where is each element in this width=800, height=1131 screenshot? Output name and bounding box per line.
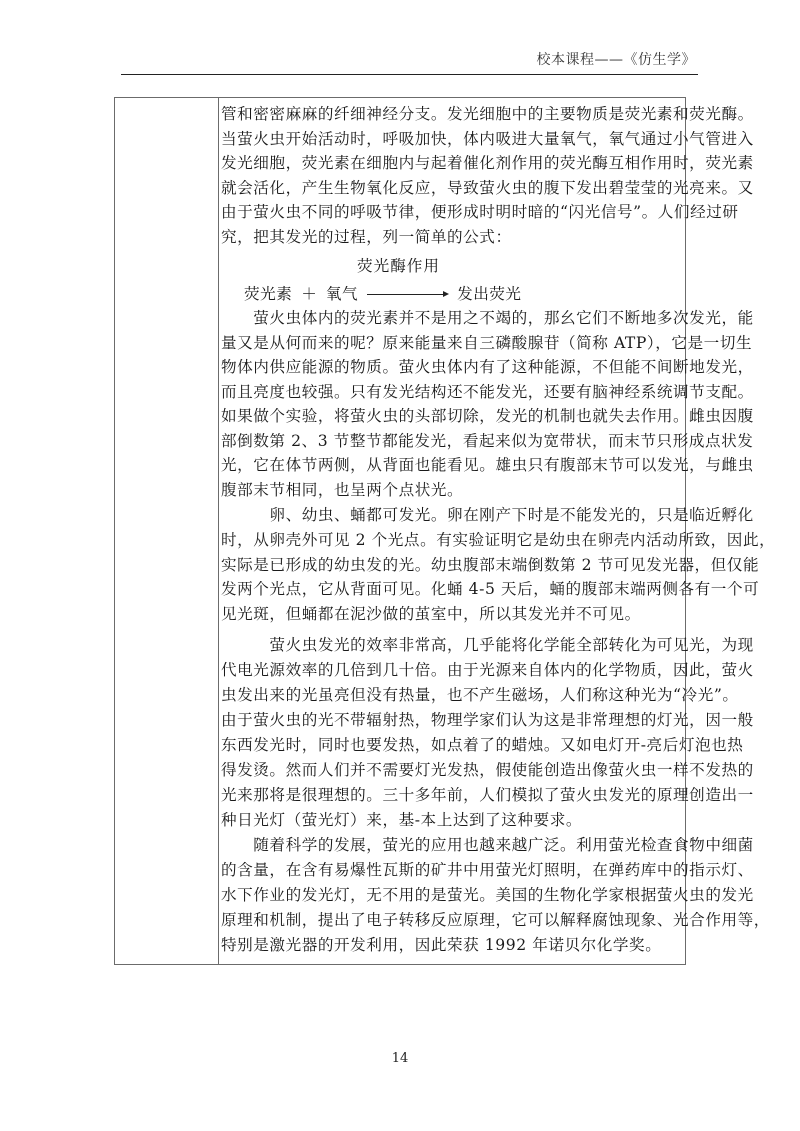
page-number: 14 [0, 1051, 800, 1066]
formula-reactant-1: 荧光素 [244, 282, 292, 306]
formula-plus: ＋ [301, 282, 317, 306]
text-line: 虫发出来的光虽亮但没有热量，也不产生磁场，人们称这种光为“冷光”。 [221, 683, 739, 707]
text-line: 腹部末节相同，也呈两个点状光。 [221, 478, 463, 502]
formula-equation: 荧光素 ＋ 氧气 发出荧光 [244, 282, 522, 306]
text-line: 部倒数第 2、3 节整节都能发光，看起来似为宽带状，而末节只形成点状发 [221, 429, 753, 453]
header-title: 校本课程——《仿生学》 [537, 49, 697, 69]
text-line: 当萤火虫开始活动时，呼吸加快，体内吸进大量氧气，氧气通过小气管进入 [221, 127, 754, 151]
text-line: 由于萤火虫不同的呼吸节律，便形成时明时暗的“闪光信号”。人们经过研 [221, 200, 739, 224]
formula-reactant-2: 氧气 [326, 282, 358, 306]
text-line: 发光细胞，荧光素在细胞内与起着催化剂作用的荧光酶互相作用时，荧光素 [221, 151, 754, 175]
text-line: 特别是激光器的开发利用，因此荣获 1992 年诺贝尔化学奖。 [221, 933, 661, 957]
text-line: 卵、幼虫、蛹都可发光。卵在刚产下时是不能发光的，只是临近孵化 [221, 503, 754, 527]
text-line: 萤火虫体内的荧光素并不是用之不竭的，那幺它们不断地多次发光，能 [221, 306, 754, 330]
table-right-cell: 管和密密麻麻的纤细神经分支。发光细胞中的主要物质是荧光素和荧光酶。 当萤火虫开始… [220, 98, 685, 964]
text-line: 萤火虫发光的效率非常高，几乎能将化学能全部转化为可见光，为现 [221, 633, 754, 657]
text-line: 管和密密麻麻的纤细神经分支。发光细胞中的主要物质是荧光素和荧光酶。 [221, 102, 754, 126]
text-line: 东西发光时，同时也要发热，如点着了的蜡烛。又如电灯开-亮后灯泡也热 [221, 733, 743, 757]
text-line: 就会活化，产生生物氧化反应，导致萤火虫的腹下发出碧莹莹的光亮来。又 [221, 176, 754, 200]
text-line: 发两个光点，它从背面可见。化蛹 4-5 天后，蛹的腹部末端两侧各有一个可 [221, 577, 759, 601]
text-line: 光来那将是很理想的。三十多年前，人们模拟了萤火虫发光的原理创造出一 [221, 783, 754, 807]
table-left-cell [115, 98, 219, 964]
text-line: 种日光灯（萤光灯）来，基-本上达到了这种要求。 [221, 808, 582, 832]
text-line: 而且亮度也较强。只有发光结构还不能发光，还要有脑神经系统调节支配。 [221, 380, 754, 404]
text-line: 由于萤火虫的光不带辐射热，物理学家们认为这是非常理想的灯光，因一般 [221, 708, 754, 732]
text-line: 如果做个实验，将萤火虫的头部切除，发光的机制也就失去作用。雌虫因腹 [221, 404, 754, 428]
text-line: 物体内供应能源的物质。萤火虫体内有了这种能源，不但能不间断地发光， [221, 355, 754, 379]
text-line: 实际是已形成的幼虫发的光。幼虫腹部末端倒数第 2 节可见发光器，但仅能 [221, 553, 759, 577]
text-line: 光，它在体节两侧，从背面也能看见。雄虫只有腹部末节可以发光，与雌虫 [221, 453, 754, 477]
formula-catalyst: 荧光酶作用 [357, 254, 440, 278]
text-line: 水下作业的发光灯，无不用的是萤光。美国的生物化学家根据萤火虫的发光 [221, 883, 754, 907]
text-line: 随着科学的发展，萤光的应用也越来越广泛。利用萤光检查食物中细菌 [221, 833, 754, 857]
right-arrow-icon [367, 289, 449, 299]
text-line: 量又是从何而来的呢？原来能量来自三磷酸腺苷（简称 ATP），它是一切生 [221, 331, 752, 355]
text-line: 的含量，在含有易爆性瓦斯的矿井中用萤光灯照明，在弹药库中的指示灯、 [221, 858, 754, 882]
text-line: 代电光源效率的几倍到几十倍。由于光源来自体内的化学物质，因此，萤火 [221, 658, 754, 682]
page-header: 校本课程——《仿生学》 [121, 46, 698, 75]
text-line: 原理和机制，提出了电子转移反应原理，它可以解释腐蚀现象、光合作用等， [221, 908, 770, 932]
text-line: 得发烫。然而人们并不需要灯光发热，假使能创造出像萤火虫一样不发热的 [221, 758, 754, 782]
content-table: 管和密密麻麻的纤细神经分支。发光细胞中的主要物质是荧光素和荧光酶。 当萤火虫开始… [114, 97, 686, 965]
text-line: 见光斑，但蛹都在泥沙做的茧室中，所以其发光并不可见。 [221, 602, 641, 626]
formula-product: 发出荧光 [457, 282, 521, 306]
text-line: 究，把其发光的过程，列一简单的公式： [221, 225, 512, 249]
text-line: 时，从卵壳外可见 2 个光点。有实验证明它是幼虫在卵壳内活动所致，因此， [221, 528, 775, 552]
